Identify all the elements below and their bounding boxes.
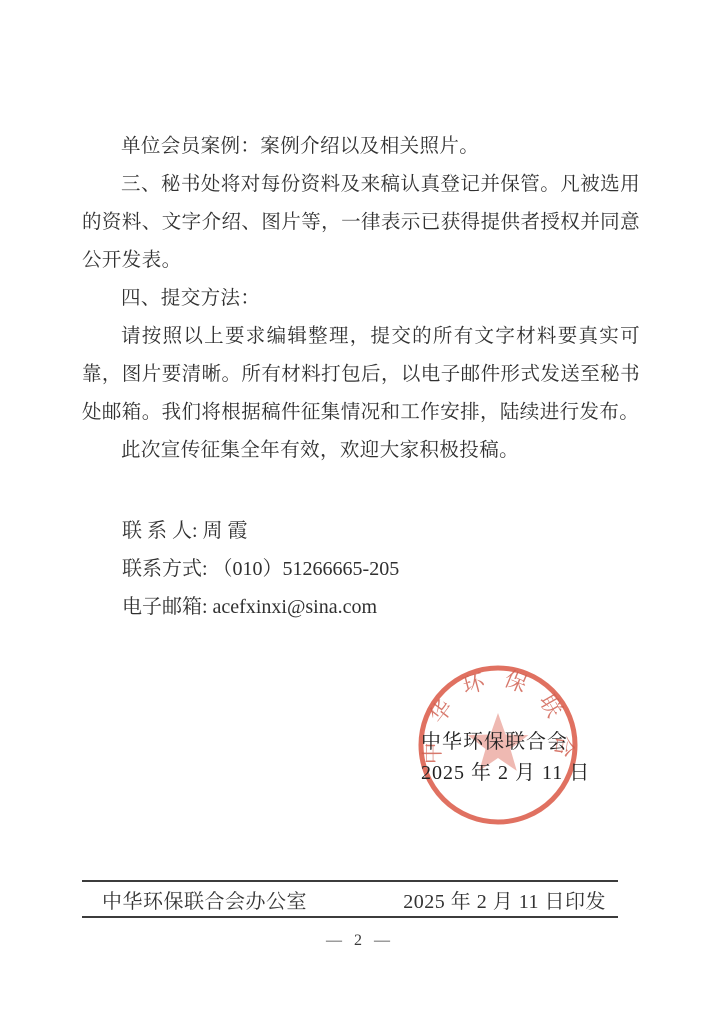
footer-imprint-bar: 中华环保联合会办公室 2025 年 2 月 11 日印发: [82, 880, 618, 918]
footer-issue-date: 2025 年 2 月 11 日印发: [403, 885, 606, 914]
document-page: 单位会员案例：案例介绍以及相关照片。 三、秘书处将对每份资料及来稿认真登记并保管…: [0, 0, 720, 1018]
signoff-date: 2025 年 2 月 11 日: [421, 758, 590, 789]
contact-phone: 联系方式: （010）51266665-205: [122, 550, 399, 588]
paragraph-section-4-heading: 四、提交方法：: [82, 280, 640, 318]
footer-office: 中华环保联合会办公室: [102, 885, 307, 914]
paragraph-closing-invitation: 此次宣传征集全年有效，欢迎大家积极投稿。: [82, 432, 640, 470]
contact-email: 电子邮箱: acefxinxi@sina.com: [122, 588, 399, 626]
paragraph-section-3: 三、秘书处将对每份资料及来稿认真登记并保管。凡被选用的资料、文字介绍、图片等，一…: [82, 166, 640, 280]
paragraph-member-case: 单位会员案例：案例介绍以及相关照片。: [82, 128, 640, 166]
page-number: — 2 —: [0, 932, 720, 950]
signoff-block: 中华环保联合会 2025 年 2 月 11 日: [421, 727, 590, 789]
document-body: 单位会员案例：案例介绍以及相关照片。 三、秘书处将对每份资料及来稿认真登记并保管…: [82, 128, 640, 470]
contact-person: 联 系 人: 周 霞: [122, 512, 399, 550]
contact-info: 联 系 人: 周 霞 联系方式: （010）51266665-205 电子邮箱:…: [122, 512, 399, 626]
signoff-organization: 中华环保联合会: [421, 727, 590, 758]
paragraph-submission-instructions: 请按照以上要求编辑整理，提交的所有文字材料要真实可靠，图片要清晰。所有材料打包后…: [82, 318, 640, 432]
